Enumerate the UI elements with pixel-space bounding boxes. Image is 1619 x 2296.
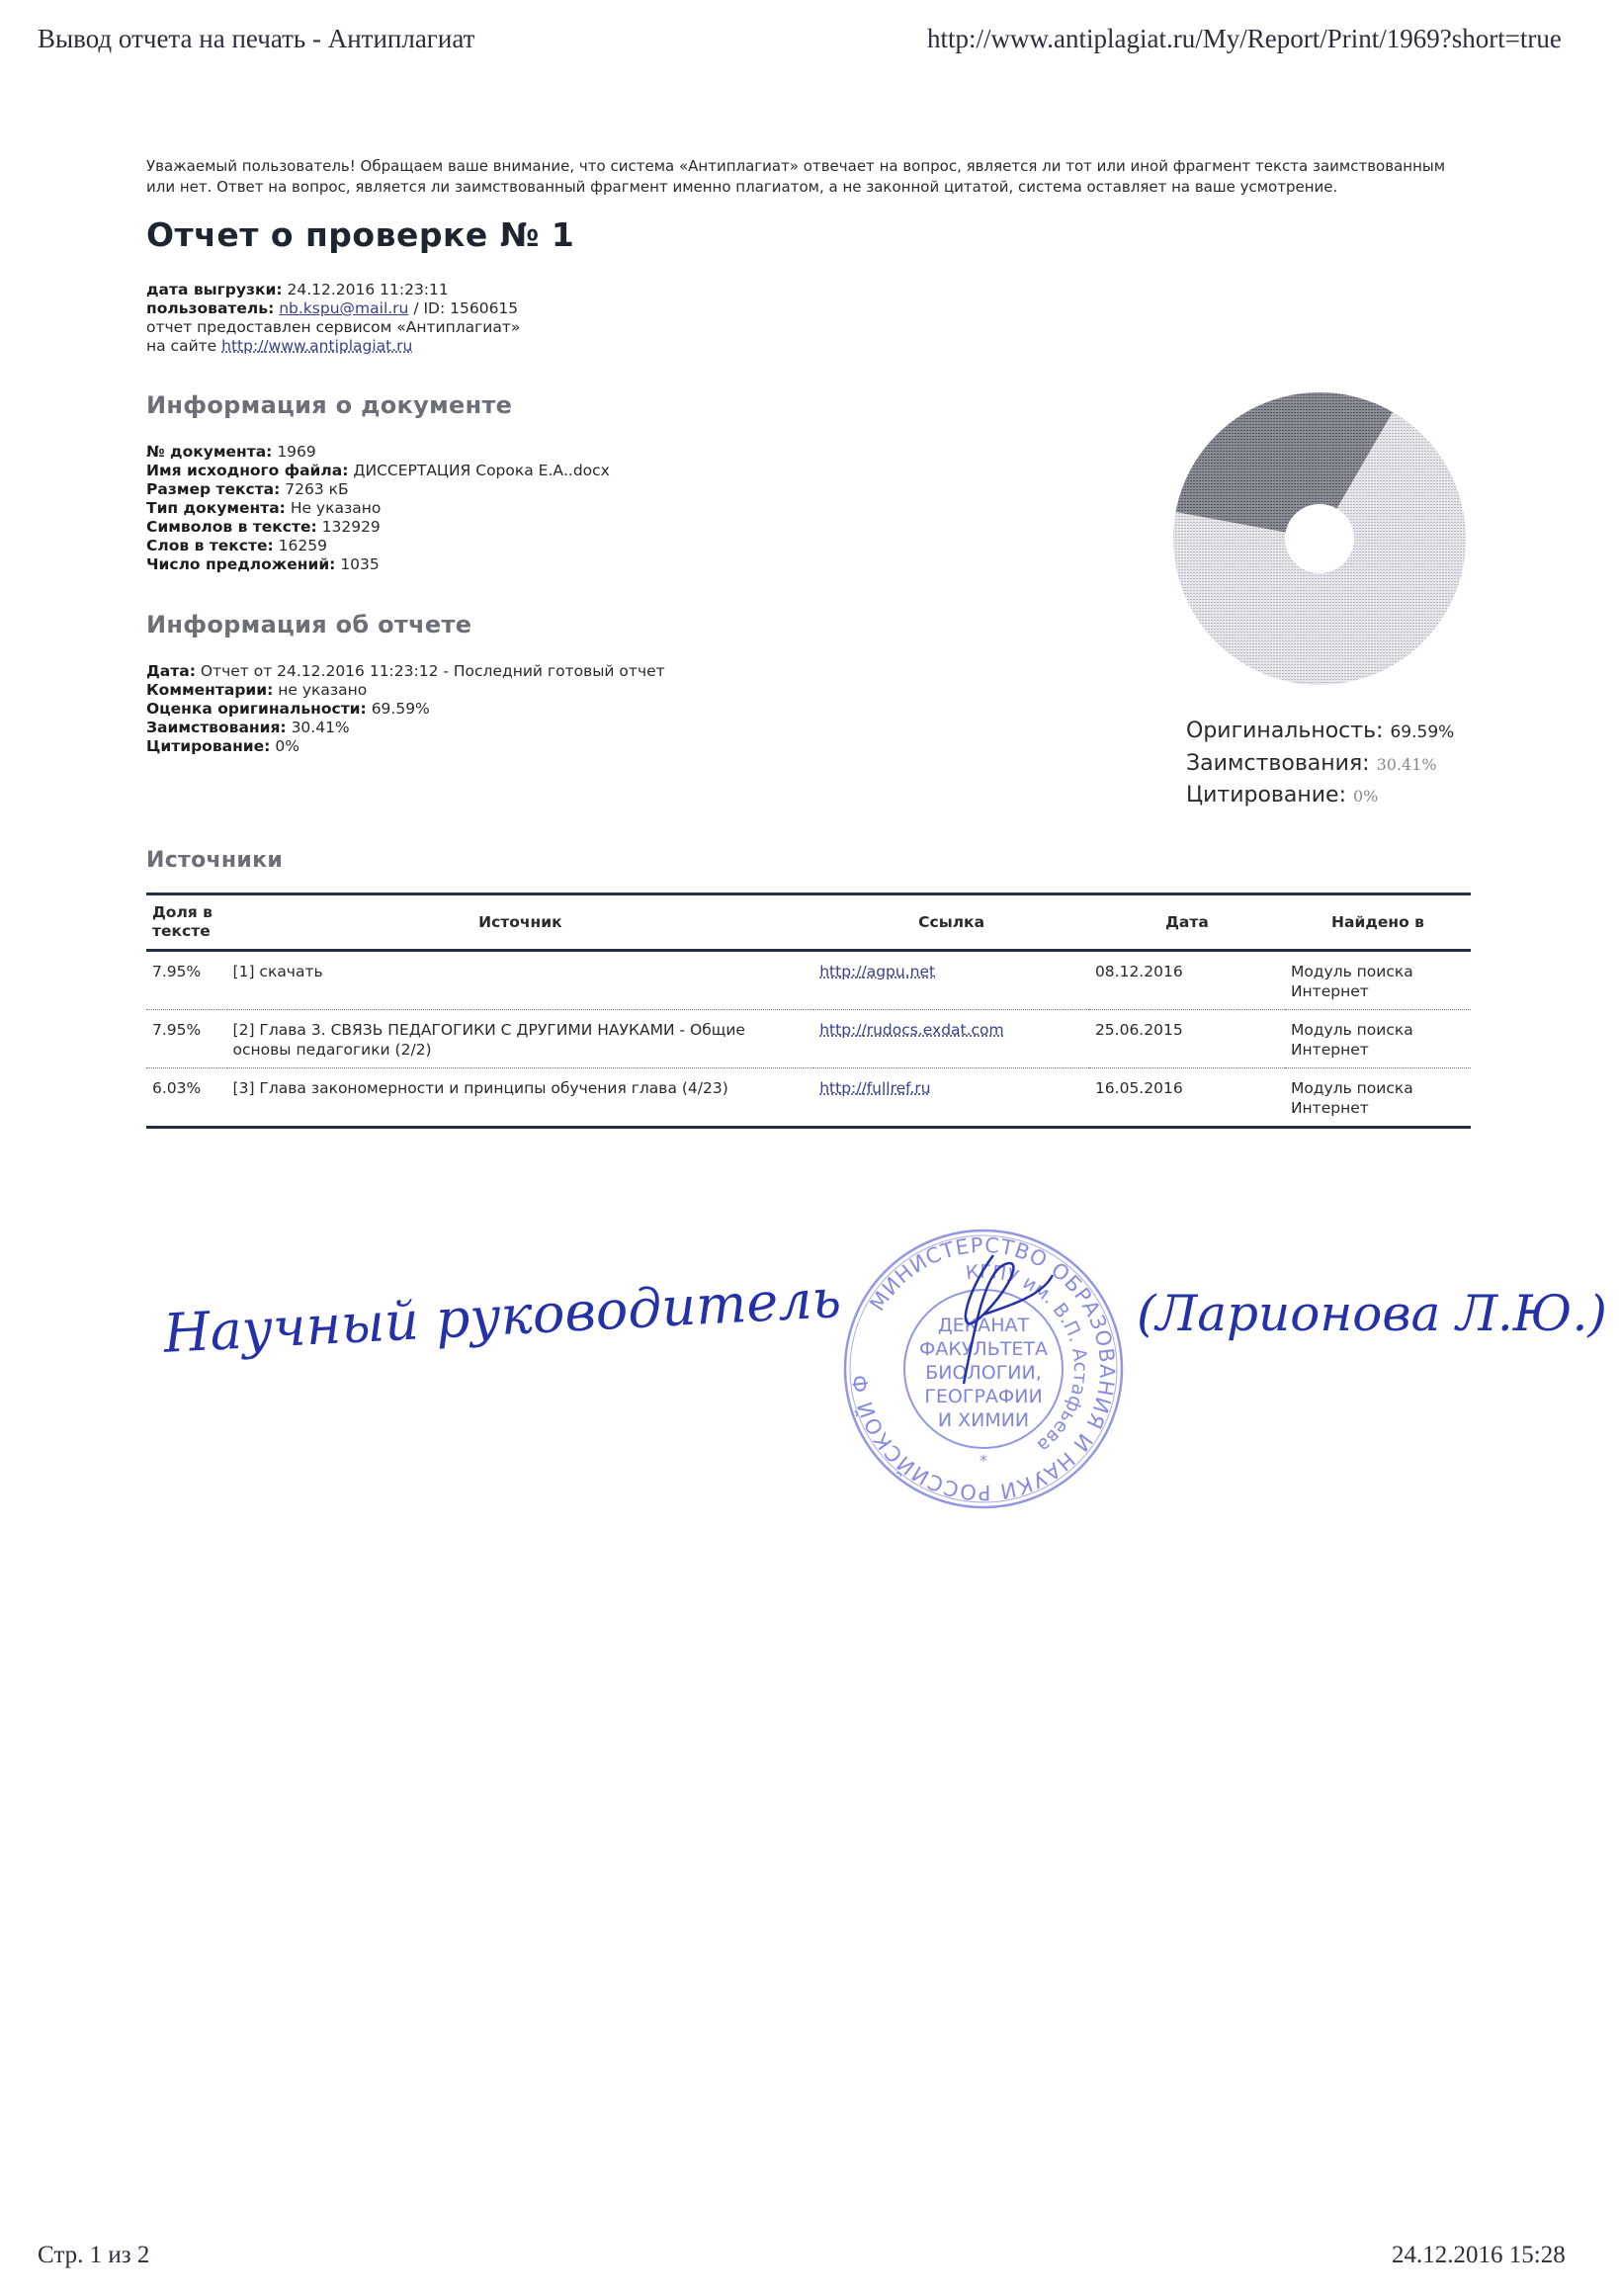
field-value: 132929 [322, 518, 381, 536]
handwritten-role: Научный руководитель [162, 1267, 843, 1365]
user-label: пользователь: [146, 299, 274, 317]
site-link[interactable]: http://www.antiplagiat.ru [221, 337, 412, 355]
provided-by: отчет предоставлен сервисом «Антиплагиат… [146, 318, 520, 337]
col-link: Ссылка [813, 894, 1089, 951]
report-title: Отчет о проверке № 1 [146, 215, 574, 254]
field-label: № документа: [146, 443, 272, 461]
field-label: Имя исходного файла: [146, 462, 348, 479]
citation-row: Цитирование: 0% [146, 737, 665, 756]
col-found-in: Найдено в [1285, 894, 1471, 951]
legend-label: Цитирование: [1186, 783, 1346, 808]
originality-pie-chart [1166, 385, 1473, 692]
field-value: не указано [278, 681, 367, 699]
field-label: Размер текста: [146, 480, 280, 498]
sentences-row: Число предложений: 1035 [146, 555, 610, 574]
date-cell: 08.12.2016 [1089, 951, 1285, 1010]
print-page-title: Вывод отчета на печать - Антиплагиат [38, 24, 474, 54]
field-value: 0% [275, 737, 299, 755]
field-label: Дата: [146, 662, 196, 680]
handwritten-name: (Ларионова Л.Ю.) [1137, 1285, 1607, 1342]
field-value: Отчет от 24.12.2016 11:23:12 - Последний… [201, 662, 665, 680]
field-value: 69.59% [372, 700, 430, 718]
col-share: Доля в тексте [146, 894, 227, 951]
user-line: пользователь: nb.kspu@mail.ru / ID: 1560… [146, 299, 520, 318]
legend-value: 69.59% [1390, 723, 1454, 742]
legend-citation: Цитирование: 0% [1186, 780, 1454, 811]
stamp-star-icon: * [980, 1451, 987, 1470]
found-in-cell: Модуль поиска Интернет [1285, 951, 1471, 1010]
user-email-link[interactable]: nb.kspu@mail.ru [279, 299, 408, 317]
sources-heading: Источники [146, 848, 283, 873]
svg-text:И ХИМИИ: И ХИМИИ [938, 1409, 1029, 1431]
field-label: Символов в тексте: [146, 518, 317, 536]
field-label: Тип документа: [146, 499, 286, 517]
report-info-heading: Информация об отчете [146, 611, 471, 638]
export-date-value: 24.12.2016 11:23:11 [287, 281, 448, 298]
field-value: Не указано [291, 499, 382, 517]
doc-type-row: Тип документа: Не указано [146, 499, 610, 518]
table-row: 7.95% [2] Глава 3. СВЯЗЬ ПЕДАГОГИКИ С ДР… [146, 1010, 1471, 1068]
report-date-row: Дата: Отчет от 24.12.2016 11:23:12 - Пос… [146, 662, 665, 681]
print-page-url: http://www.antiplagiat.ru/My/Report/Prin… [927, 24, 1562, 54]
field-label: Число предложений: [146, 555, 335, 573]
report-info-fields: Дата: Отчет от 24.12.2016 11:23:12 - Пос… [146, 662, 665, 756]
legend-originality: Оригинальность: 69.59% [1186, 716, 1454, 748]
export-date-line: дата выгрузки: 24.12.2016 11:23:11 [146, 281, 520, 299]
field-label: Слов в тексте: [146, 537, 274, 554]
legend-value: 30.41% [1377, 755, 1437, 774]
site-prefix: на сайте [146, 337, 216, 355]
col-source: Источник [227, 894, 814, 951]
field-label: Заимствования: [146, 719, 287, 736]
source-link[interactable]: http://rudocs.exdat.com [819, 1021, 1003, 1039]
field-value: 16259 [279, 537, 327, 554]
notice-text: Уважаемый пользователь! Обращаем ваше вн… [146, 156, 1471, 198]
table-row: 6.03% [3] Глава закономерности и принцип… [146, 1068, 1471, 1128]
field-label: Цитирование: [146, 737, 270, 755]
legend-borrowing: Заимствования: 30.41% [1186, 748, 1454, 780]
chars-row: Символов в тексте: 132929 [146, 518, 610, 537]
file-name-row: Имя исходного файла: ДИССЕРТАЦИЯ Сорока … [146, 462, 610, 480]
col-date: Дата [1089, 894, 1285, 951]
table-row: 7.95% [1] скачать http://agpu.net 08.12.… [146, 951, 1471, 1010]
source-cell: [2] Глава 3. СВЯЗЬ ПЕДАГОГИКИ С ДРУГИМИ … [227, 1010, 814, 1068]
comments-row: Комментарии: не указано [146, 681, 665, 700]
legend-label: Оригинальность: [1186, 719, 1383, 743]
field-value: ДИССЕРТАЦИЯ Сорока Е.А..docx [353, 462, 610, 479]
field-label: Оценка оригинальности: [146, 700, 367, 718]
field-value: 30.41% [292, 719, 350, 736]
document-info-heading: Информация о документе [146, 391, 512, 419]
source-cell: [3] Глава закономерности и принципы обуч… [227, 1068, 814, 1128]
found-in-cell: Модуль поиска Интернет [1285, 1010, 1471, 1068]
date-cell: 25.06.2015 [1089, 1010, 1285, 1068]
print-datetime: 24.12.2016 15:28 [1392, 2242, 1566, 2269]
words-row: Слов в тексте: 16259 [146, 537, 610, 555]
share-cell: 7.95% [146, 951, 227, 1010]
field-label: Комментарии: [146, 681, 273, 699]
chart-legend: Оригинальность: 69.59% Заимствования: 30… [1186, 716, 1454, 811]
source-link[interactable]: http://agpu.net [819, 963, 935, 980]
originality-row: Оценка оригинальности: 69.59% [146, 700, 665, 719]
field-value: 1969 [277, 443, 315, 461]
share-cell: 6.03% [146, 1068, 227, 1128]
legend-value: 0% [1353, 787, 1378, 806]
signature-scribble-icon [924, 1235, 1063, 1394]
export-date-label: дата выгрузки: [146, 281, 283, 298]
sources-table: Доля в тексте Источник Ссылка Дата Найде… [146, 893, 1471, 1129]
text-size-row: Размер текста: 7263 кБ [146, 480, 610, 499]
field-value: 7263 кБ [285, 480, 348, 498]
report-meta: дата выгрузки: 24.12.2016 11:23:11 польз… [146, 281, 520, 356]
share-cell: 7.95% [146, 1010, 227, 1068]
site-line: на сайте http://www.antiplagiat.ru [146, 337, 520, 356]
sources-header-row: Доля в тексте Источник Ссылка Дата Найде… [146, 894, 1471, 951]
field-value: 1035 [340, 555, 379, 573]
legend-label: Заимствования: [1186, 751, 1370, 776]
borrowing-row: Заимствования: 30.41% [146, 719, 665, 737]
page-number: Стр. 1 из 2 [38, 2242, 149, 2269]
source-link[interactable]: http://fullref.ru [819, 1079, 930, 1097]
source-cell: [1] скачать [227, 951, 814, 1010]
pie-hole [1285, 504, 1354, 573]
date-cell: 16.05.2016 [1089, 1068, 1285, 1128]
user-id: / ID: 1560615 [413, 299, 518, 317]
found-in-cell: Модуль поиска Интернет [1285, 1068, 1471, 1128]
document-info-fields: № документа: 1969 Имя исходного файла: Д… [146, 443, 610, 574]
doc-number-row: № документа: 1969 [146, 443, 610, 462]
